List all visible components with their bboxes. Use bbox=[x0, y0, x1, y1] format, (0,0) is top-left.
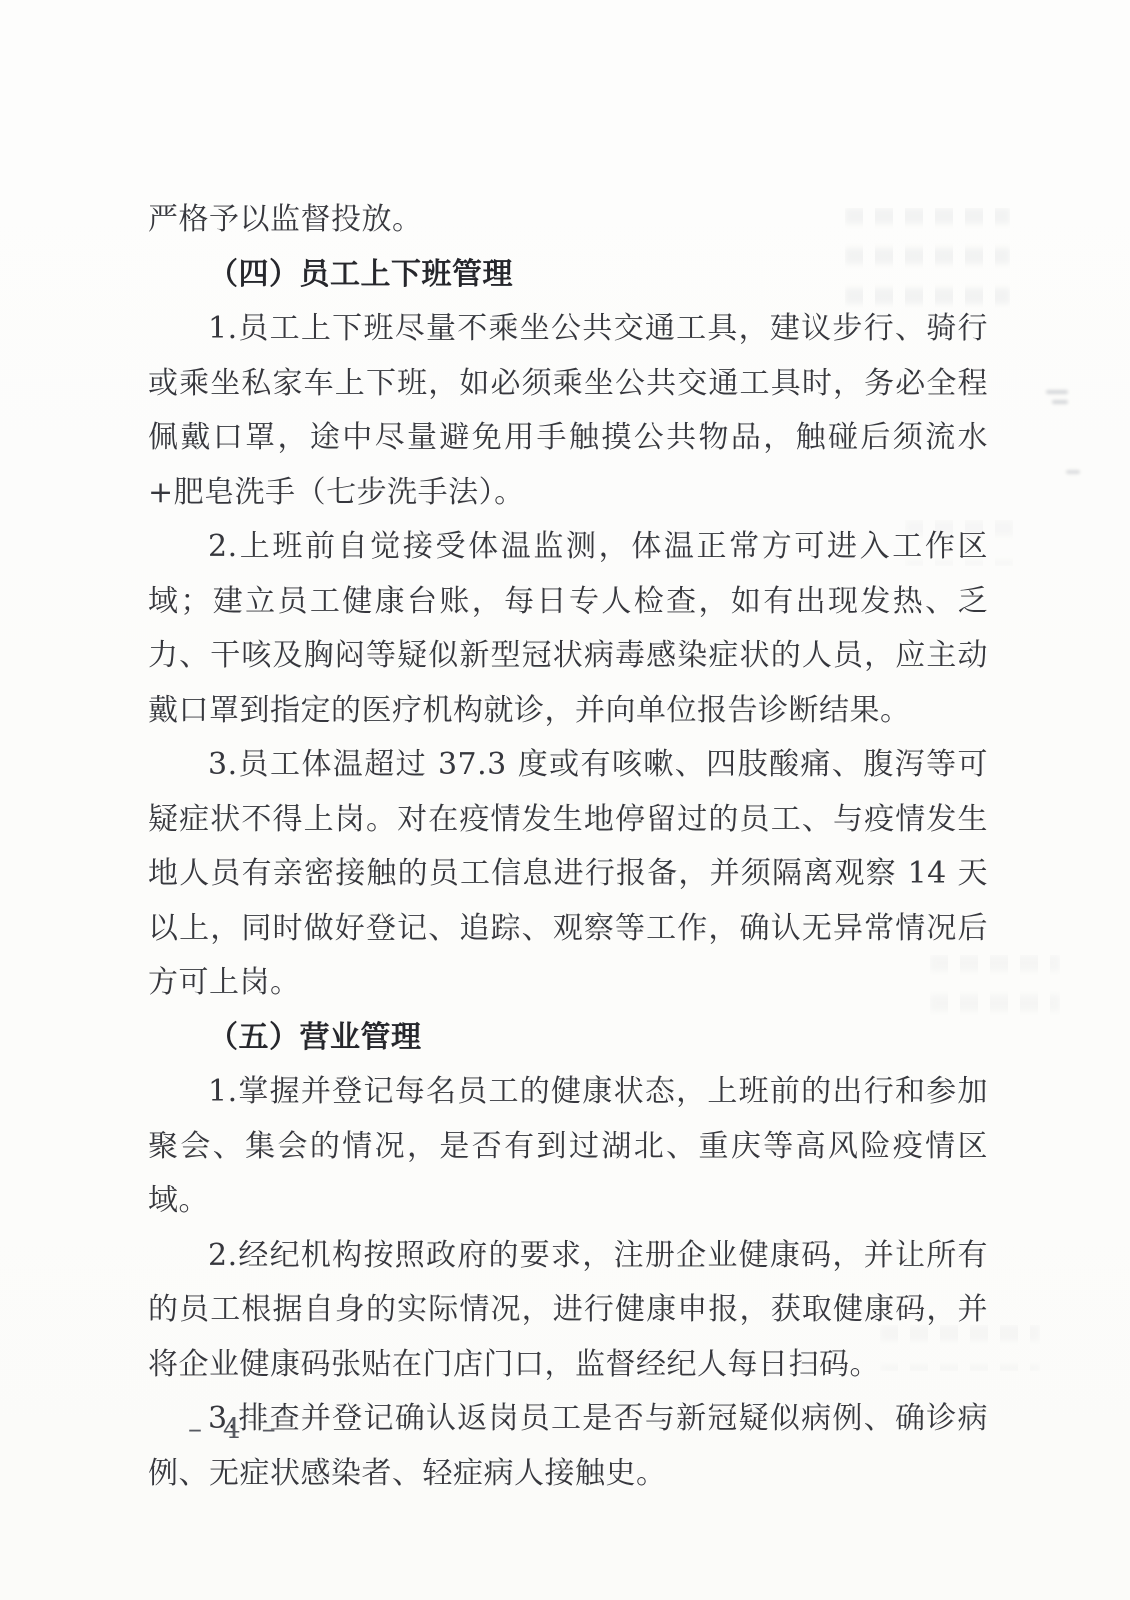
scan-speck bbox=[1046, 390, 1068, 394]
section-heading-employee-commute-management: （四）员工上下班管理 bbox=[148, 248, 988, 303]
paragraph-commute-item-1: 1.员工上下班尽量不乘坐公共交通工具，建议步行、骑行或乘坐私家车上下班，如必须乘… bbox=[148, 302, 988, 520]
paragraph-continuation: 严格予以监督投放。 bbox=[148, 193, 988, 248]
page-number: – 4 – bbox=[188, 1412, 282, 1445]
section-heading-business-management: （五）营业管理 bbox=[148, 1011, 988, 1066]
scan-speck bbox=[1066, 470, 1080, 474]
paragraph-business-item-2: 2.经纪机构按照政府的要求，注册企业健康码，并让所有的员工根据自身的实际情况，进… bbox=[148, 1229, 988, 1393]
paragraph-commute-item-2: 2.上班前自觉接受体温监测，体温正常方可进入工作区域；建立员工健康台账，每日专人… bbox=[148, 520, 988, 738]
paragraph-commute-item-3: 3.员工体温超过 37.3 度或有咳嗽、四肢酸痛、腹泻等可疑症状不得上岗。对在疫… bbox=[148, 738, 988, 1011]
scan-speck bbox=[1052, 400, 1068, 404]
paragraph-business-item-1: 1.掌握并登记每名员工的健康状态，上班前的出行和参加聚会、集会的情况，是否有到过… bbox=[148, 1065, 988, 1229]
document-body: 严格予以监督投放。 （四）员工上下班管理 1.员工上下班尽量不乘坐公共交通工具，… bbox=[148, 193, 988, 1501]
scanned-document-page: 严格予以监督投放。 （四）员工上下班管理 1.员工上下班尽量不乘坐公共交通工具，… bbox=[0, 0, 1130, 1600]
paragraph-business-item-3: 3.排查并登记确认返岗员工是否与新冠疑似病例、确诊病例、无症状感染者、轻症病人接… bbox=[148, 1392, 988, 1501]
